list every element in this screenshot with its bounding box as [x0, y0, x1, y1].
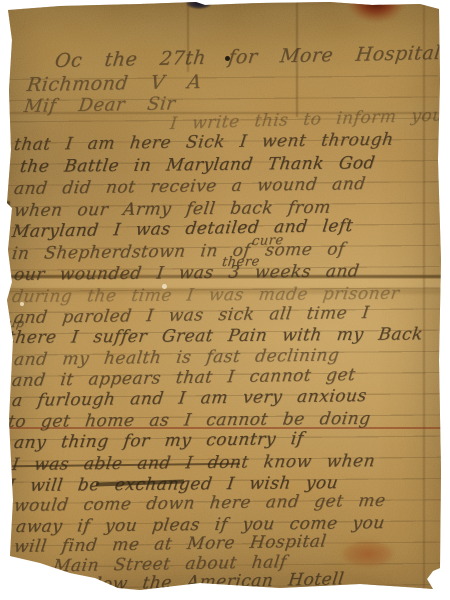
letter-line-3: Mif Dear Sir: [23, 93, 177, 117]
letter-line-2: Richmond V A: [26, 71, 203, 96]
letter-line-19: any thing for my country if: [13, 429, 305, 453]
stain-bottom-right: [342, 541, 394, 567]
letter-line-18: to get home as I cannot be doing: [7, 409, 372, 432]
letter-line-6: the Battle in Maryland Thank God: [19, 153, 377, 177]
inserted-word-up: up: [7, 316, 25, 330]
paper-edge-notch: [0, 201, 10, 206]
letter-photo: Oc the 27th for More Hospital Richmond V…: [0, 0, 450, 600]
inserted-word-there: there: [221, 254, 261, 270]
letter-line-11: our wounded I was 3 weeks and: [13, 261, 361, 285]
letter-line-14: there I suffer Great Pain with my Back: [7, 324, 425, 348]
inserted-word-cure: cure: [251, 233, 284, 249]
letter-line-26: mile below the American Hotell: [19, 569, 345, 596]
fold-crease-vertical-2: [423, 4, 425, 589]
letter-paper: Oc the 27th for More Hospital Richmond V…: [0, 0, 450, 600]
